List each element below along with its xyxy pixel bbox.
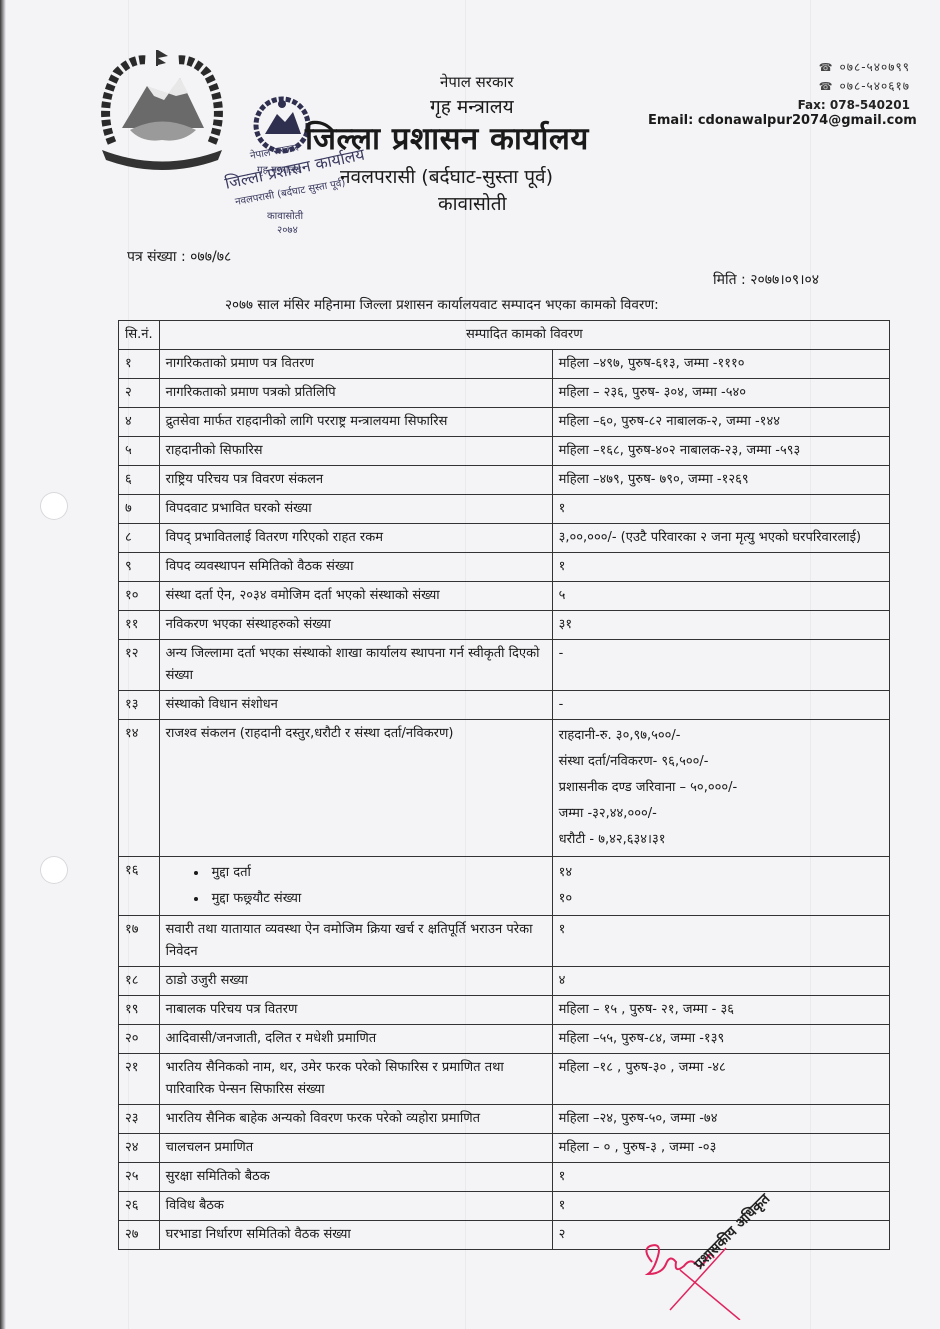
- row-serial-number: २४: [119, 1134, 160, 1163]
- value-line: महिला –५५, पुरुष-८४, जम्मा -१३९: [559, 1031, 725, 1046]
- row-serial-number: १३: [119, 691, 160, 720]
- table-row: २नागरिकताको प्रमाण पत्रको प्रतिलिपिमहिला…: [119, 379, 890, 408]
- letter-subject: २०७७ साल मंसिर महिनामा जिल्ला प्रशासन का…: [225, 295, 659, 313]
- row-serial-number: ७: [119, 495, 160, 524]
- table-row: १नागरिकताको प्रमाण पत्र वितरणमहिला –४९७,…: [119, 350, 890, 379]
- row-serial-number: १८: [119, 967, 160, 996]
- punch-hole: [40, 856, 68, 884]
- value-line: महिला –१६८, पुरुष-४०२ नाबालक-२३, जम्मा -…: [559, 443, 801, 458]
- table-row: २१भारतिय सैनिकको नाम, थर, उमेर फरक परेको…: [119, 1054, 890, 1105]
- row-serial-number: १: [119, 350, 160, 379]
- row-value: महिला –६०, पुरुष-८२ नाबालक-२, जम्मा -१४४: [552, 408, 889, 437]
- value-line: ३,००,०००/- (एउटै परिवारका २ जना मृत्यु भ…: [559, 530, 861, 545]
- table-row: १४राजश्व संकलन (राहदानी दस्तुर,धरौटी र स…: [119, 720, 890, 857]
- ministry-name: गृह मन्त्रालय: [430, 93, 514, 119]
- value-line: महिला – २३६, पुरुष- ३०४, जम्मा -५४०: [559, 385, 746, 400]
- stamp-line: कावासोती: [267, 208, 303, 222]
- row-serial-number: १२: [119, 640, 160, 691]
- letter-date: मिति : २०७७।०९।०४: [713, 270, 819, 289]
- row-value: १: [552, 495, 889, 524]
- value-line: १: [559, 1198, 566, 1213]
- row-serial-number: ९: [119, 553, 160, 582]
- table-row: १०संस्था दर्ता ऐन, २०३४ वमोजिम दर्ता भएक…: [119, 582, 890, 611]
- phone-number: ०७८-५४०७९९: [840, 60, 911, 74]
- row-serial-number: १७: [119, 916, 160, 967]
- phone-line: ☎०७८-५४०७९९: [798, 58, 910, 77]
- row-value: महिला –१८ , पुरुष-३० , जम्मा -४८: [552, 1054, 889, 1105]
- row-serial-number: २: [119, 379, 160, 408]
- row-serial-number: ४: [119, 408, 160, 437]
- value-line: धरौटी - ७,४२,६३४।३१: [559, 827, 883, 853]
- row-value: महिला – १५ , पुरुष- २१, जम्मा - ३६: [552, 996, 889, 1025]
- town-name: कावासोती: [438, 190, 507, 216]
- row-description: विपद व्यवस्थापन समितिको वैठक संख्या: [159, 553, 552, 582]
- row-serial-number: २६: [119, 1192, 160, 1221]
- value-line: संस्था दर्ता/नविकरण- ९६,५००/-: [559, 749, 883, 775]
- row-description: आदिवासी/जनजाती, दलित र मधेशी प्रमाणित: [159, 1025, 552, 1054]
- row-description: नागरिकताको प्रमाण पत्र वितरण: [159, 350, 552, 379]
- value-line: महिला –६०, पुरुष-८२ नाबालक-२, जम्मा -१४४: [559, 414, 780, 429]
- row-description: संस्थाको विधान संशोधन: [159, 691, 552, 720]
- table-row: ६राष्ट्रिय परिचय पत्र विवरण संकलनमहिला –…: [119, 466, 890, 495]
- row-description: नविकरण भएका संस्थाहरुको संख्या: [159, 611, 552, 640]
- description-bullet: मुद्दा दर्ता: [208, 860, 546, 886]
- value-line: ४: [559, 973, 566, 988]
- value-line: १: [559, 1169, 566, 1184]
- row-value: महिला – २३६, पुरुष- ३०४, जम्मा -५४०: [552, 379, 889, 408]
- row-description: मुद्दा दर्तामुद्दा फछ्र्यौट संख्या: [159, 857, 552, 916]
- table-row: २५सुरक्षा समितिको बैठक१: [119, 1163, 890, 1192]
- row-serial-number: ८: [119, 524, 160, 553]
- letter-reference: पत्र संख्या : ०७७/७८: [127, 247, 231, 266]
- office-stamp: नेपाल सरकार गृह मन्त्रालय जिल्ला प्रशासन…: [225, 90, 350, 240]
- row-description: विपदवाट प्रभावित घरको संख्या: [159, 495, 552, 524]
- value-line: महिला –४९७, पुरुष-६१३, जम्मा -१११०: [559, 356, 745, 371]
- table-row: १३संस्थाको विधान संशोधन-: [119, 691, 890, 720]
- row-serial-number: ६: [119, 466, 160, 495]
- value-line: महिला – ० , पुरुष-३ , जम्मा -०३: [559, 1140, 717, 1155]
- table-row: ८विपद् प्रभावितलाई वितरण गरिएको राहत रकम…: [119, 524, 890, 553]
- row-serial-number: ५: [119, 437, 160, 466]
- value-line: राहदानी-रु. ३०,९७,५००/-: [559, 723, 883, 749]
- row-description: चालचलन प्रमाणित: [159, 1134, 552, 1163]
- row-description: भारतिय सैनिक बाहेक अन्यको विवरण फरक परेक…: [159, 1105, 552, 1134]
- office-name: जिल्ला प्रशासन कार्यालय: [305, 117, 589, 159]
- row-value: महिला –४७९, पुरुष- ७९०, जम्मा -१२६९: [552, 466, 889, 495]
- government-name: नेपाल सरकार: [440, 72, 513, 92]
- table-row: १८ठाडो उजुरी सख्या४: [119, 967, 890, 996]
- row-description: सवारी तथा यातायात व्यवस्था ऐन वमोजिम क्र…: [159, 916, 552, 967]
- row-value: महिला –४९७, पुरुष-६१३, जम्मा -१११०: [552, 350, 889, 379]
- row-value: १: [552, 553, 889, 582]
- row-description: नाबालक परिचय पत्र वितरण: [159, 996, 552, 1025]
- contact-block: ☎०७८-५४०७९९ ☎०७८-५४०६१७ Fax: 078-540201: [798, 58, 910, 115]
- table-row: १२अन्य जिल्लामा दर्ता भएका संस्थाको शाखा…: [119, 640, 890, 691]
- row-serial-number: २३: [119, 1105, 160, 1134]
- header-description: सम्पादित कामको विवरण: [159, 321, 889, 350]
- value-line: १: [559, 559, 566, 574]
- work-report-table: सि.नं. सम्पादित कामको विवरण १नागरिकताको …: [118, 320, 890, 1250]
- table-row: ४द्रुतसेवा मार्फत राहदानीको लागि परराष्ट…: [119, 408, 890, 437]
- district-name: नवलपरासी (बर्दघाट-सुस्ता पूर्व): [340, 163, 553, 189]
- email-address: Email: cdonawalpur2074@gmail.com: [648, 113, 917, 128]
- table-row: २३भारतिय सैनिक बाहेक अन्यको विवरण फरक पर…: [119, 1105, 890, 1134]
- row-value: महिला – ० , पुरुष-३ , जम्मा -०३: [552, 1134, 889, 1163]
- row-serial-number: २१: [119, 1054, 160, 1105]
- table-row: १९नाबालक परिचय पत्र वितरणमहिला – १५ , पु…: [119, 996, 890, 1025]
- punch-hole: [40, 492, 68, 520]
- value-line: १: [559, 501, 566, 516]
- header-serial-number: सि.नं.: [119, 321, 160, 350]
- row-value: १४१०: [552, 857, 889, 916]
- value-line: महिला –४७९, पुरुष- ७९०, जम्मा -१२६९: [559, 472, 749, 487]
- description-bullet-list: मुद्दा दर्तामुद्दा फछ्र्यौट संख्या: [166, 860, 546, 912]
- value-line: ३१: [559, 617, 573, 632]
- row-description: द्रुतसेवा मार्फत राहदानीको लागि परराष्ट्…: [159, 408, 552, 437]
- row-serial-number: १९: [119, 996, 160, 1025]
- row-value: महिला –५५, पुरुष-८४, जम्मा -१३९: [552, 1025, 889, 1054]
- telephone-icon: ☎: [819, 58, 834, 77]
- row-value: महिला –२४, पुरुष-५०, जम्मा -७४: [552, 1105, 889, 1134]
- phone-number: ०७८-५४०६१७: [840, 79, 911, 93]
- row-description: ठाडो उजुरी सख्या: [159, 967, 552, 996]
- row-description: राहदानीको सिफारिस: [159, 437, 552, 466]
- value-line: १४: [559, 860, 883, 886]
- row-description: भारतिय सैनिकको नाम, थर, उमेर फरक परेको स…: [159, 1054, 552, 1105]
- row-value: महिला –१६८, पुरुष-४०२ नाबालक-२३, जम्मा -…: [552, 437, 889, 466]
- row-value: १: [552, 916, 889, 967]
- table-row: २४चालचलन प्रमाणितमहिला – ० , पुरुष-३ , ज…: [119, 1134, 890, 1163]
- table-row: १७सवारी तथा यातायात व्यवस्था ऐन वमोजिम क…: [119, 916, 890, 967]
- nepal-emblem-icon: [92, 48, 232, 178]
- row-serial-number: २०: [119, 1025, 160, 1054]
- telephone-icon: ☎: [819, 77, 834, 96]
- row-description: संस्था दर्ता ऐन, २०३४ वमोजिम दर्ता भएको …: [159, 582, 552, 611]
- value-line: महिला –१८ , पुरुष-३० , जम्मा -४८: [559, 1060, 726, 1075]
- table-header-row: सि.नं. सम्पादित कामको विवरण: [119, 321, 890, 350]
- row-value: ३,००,०००/- (एउटै परिवारका २ जना मृत्यु भ…: [552, 524, 889, 553]
- table-row: ५राहदानीको सिफारिसमहिला –१६८, पुरुष-४०२ …: [119, 437, 890, 466]
- row-description: सुरक्षा समितिको बैठक: [159, 1163, 552, 1192]
- row-value: -: [552, 640, 889, 691]
- value-line: १: [559, 922, 566, 937]
- row-serial-number: १०: [119, 582, 160, 611]
- table-row: २६विविध बैठक१: [119, 1192, 890, 1221]
- scan-edge: [0, 0, 6, 1329]
- row-description: राष्ट्रिय परिचय पत्र विवरण संकलन: [159, 466, 552, 495]
- row-description: नागरिकताको प्रमाण पत्रको प्रतिलिपि: [159, 379, 552, 408]
- row-description: घरभाडा निर्धारण समितिको वैठक संख्या: [159, 1221, 552, 1250]
- row-description: राजश्व संकलन (राहदानी दस्तुर,धरौटी र संस…: [159, 720, 552, 857]
- table-row: ९विपद व्यवस्थापन समितिको वैठक संख्या१: [119, 553, 890, 582]
- value-line: -: [559, 697, 564, 712]
- value-line: जम्मा -३२,४४,०००/-: [559, 801, 883, 827]
- row-serial-number: २५: [119, 1163, 160, 1192]
- table-row: २०आदिवासी/जनजाती, दलित र मधेशी प्रमाणितम…: [119, 1025, 890, 1054]
- row-value: राहदानी-रु. ३०,९७,५००/-संस्था दर्ता/नविक…: [552, 720, 889, 857]
- value-line: -: [559, 646, 564, 661]
- row-description: विपद् प्रभावितलाई वितरण गरिएको राहत रकम: [159, 524, 552, 553]
- row-value: ४: [552, 967, 889, 996]
- row-value: १: [552, 1163, 889, 1192]
- row-value: १: [552, 1192, 889, 1221]
- row-description: अन्य जिल्लामा दर्ता भएका संस्थाको शाखा क…: [159, 640, 552, 691]
- value-line: ५: [559, 588, 566, 603]
- row-value: ५: [552, 582, 889, 611]
- table-row: ७विपदवाट प्रभावित घरको संख्या१: [119, 495, 890, 524]
- row-value: -: [552, 691, 889, 720]
- value-line: महिला – १५ , पुरुष- २१, जम्मा - ३६: [559, 1002, 734, 1017]
- row-serial-number: १६: [119, 857, 160, 916]
- value-line: महिला –२४, पुरुष-५०, जम्मा -७४: [559, 1111, 718, 1126]
- phone-line: ☎०७८-५४०६१७: [798, 77, 910, 96]
- value-line: प्रशासनीक दण्ड जरिवाना – ५०,०००/-: [559, 775, 883, 801]
- row-serial-number: ११: [119, 611, 160, 640]
- stamp-line: २०७४: [277, 222, 298, 236]
- row-value: ३१: [552, 611, 889, 640]
- value-line: २: [559, 1227, 566, 1242]
- row-serial-number: १४: [119, 720, 160, 857]
- row-serial-number: २७: [119, 1221, 160, 1250]
- table-row: ११नविकरण भएका संस्थाहरुको संख्या३१: [119, 611, 890, 640]
- description-bullet: मुद्दा फछ्र्यौट संख्या: [208, 886, 546, 912]
- row-description: विविध बैठक: [159, 1192, 552, 1221]
- table-row: १६मुद्दा दर्तामुद्दा फछ्र्यौट संख्या१४१०: [119, 857, 890, 916]
- value-line: १०: [559, 886, 883, 912]
